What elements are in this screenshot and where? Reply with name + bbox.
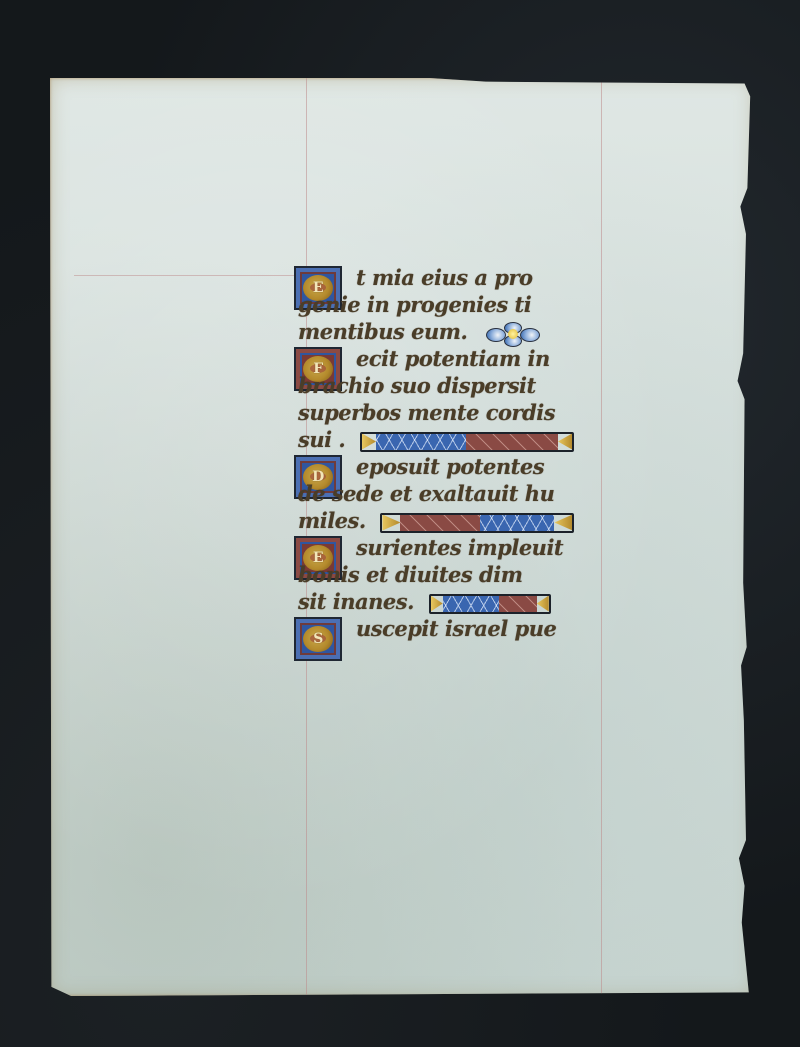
line-text: sui . bbox=[298, 427, 345, 452]
text-line: F ecit potentiam in bbox=[298, 345, 618, 372]
text-line: sui . bbox=[298, 426, 618, 453]
line-text: superbos mente cordis bbox=[298, 400, 555, 425]
line-filler-ornament bbox=[360, 432, 574, 452]
line-filler-ornament bbox=[380, 513, 574, 533]
text-line: E surientes impleuit bbox=[298, 534, 618, 561]
text-line: miles. bbox=[298, 507, 618, 534]
manuscript-leaf: E t mia eius a pro genie in progenies ti… bbox=[50, 78, 753, 996]
text-line: bonis et diuites dim bbox=[298, 561, 618, 588]
text-line: S uscepit israel pue bbox=[298, 615, 618, 642]
text-line: superbos mente cordis bbox=[298, 399, 618, 426]
text-line: E t mia eius a pro bbox=[298, 264, 618, 291]
line-text: bonis et diuites dim bbox=[298, 562, 522, 587]
line-text: brachio suo dispersit bbox=[298, 373, 536, 398]
text-line: genie in progenies ti bbox=[298, 291, 618, 318]
line-text: de sede et exaltauit hu bbox=[298, 481, 554, 506]
line-text: genie in progenies ti bbox=[298, 292, 531, 317]
text-line: sit inanes. bbox=[298, 588, 618, 615]
line-text: miles. bbox=[298, 508, 366, 533]
line-filler-ornament bbox=[429, 594, 551, 614]
illuminated-initial-s: S bbox=[294, 617, 342, 661]
text-line: mentibus eum. bbox=[298, 318, 618, 345]
line-text: sit inanes. bbox=[298, 589, 414, 614]
text-line: brachio suo dispersit bbox=[298, 372, 618, 399]
text-line: D eposuit potentes bbox=[298, 453, 618, 480]
text-line: de sede et exaltauit hu bbox=[298, 480, 618, 507]
ruling-line-top bbox=[74, 275, 304, 276]
text-block: E t mia eius a pro genie in progenies ti… bbox=[298, 264, 618, 642]
flower-ornament-icon bbox=[484, 323, 542, 345]
line-text: mentibus eum. bbox=[298, 319, 467, 344]
